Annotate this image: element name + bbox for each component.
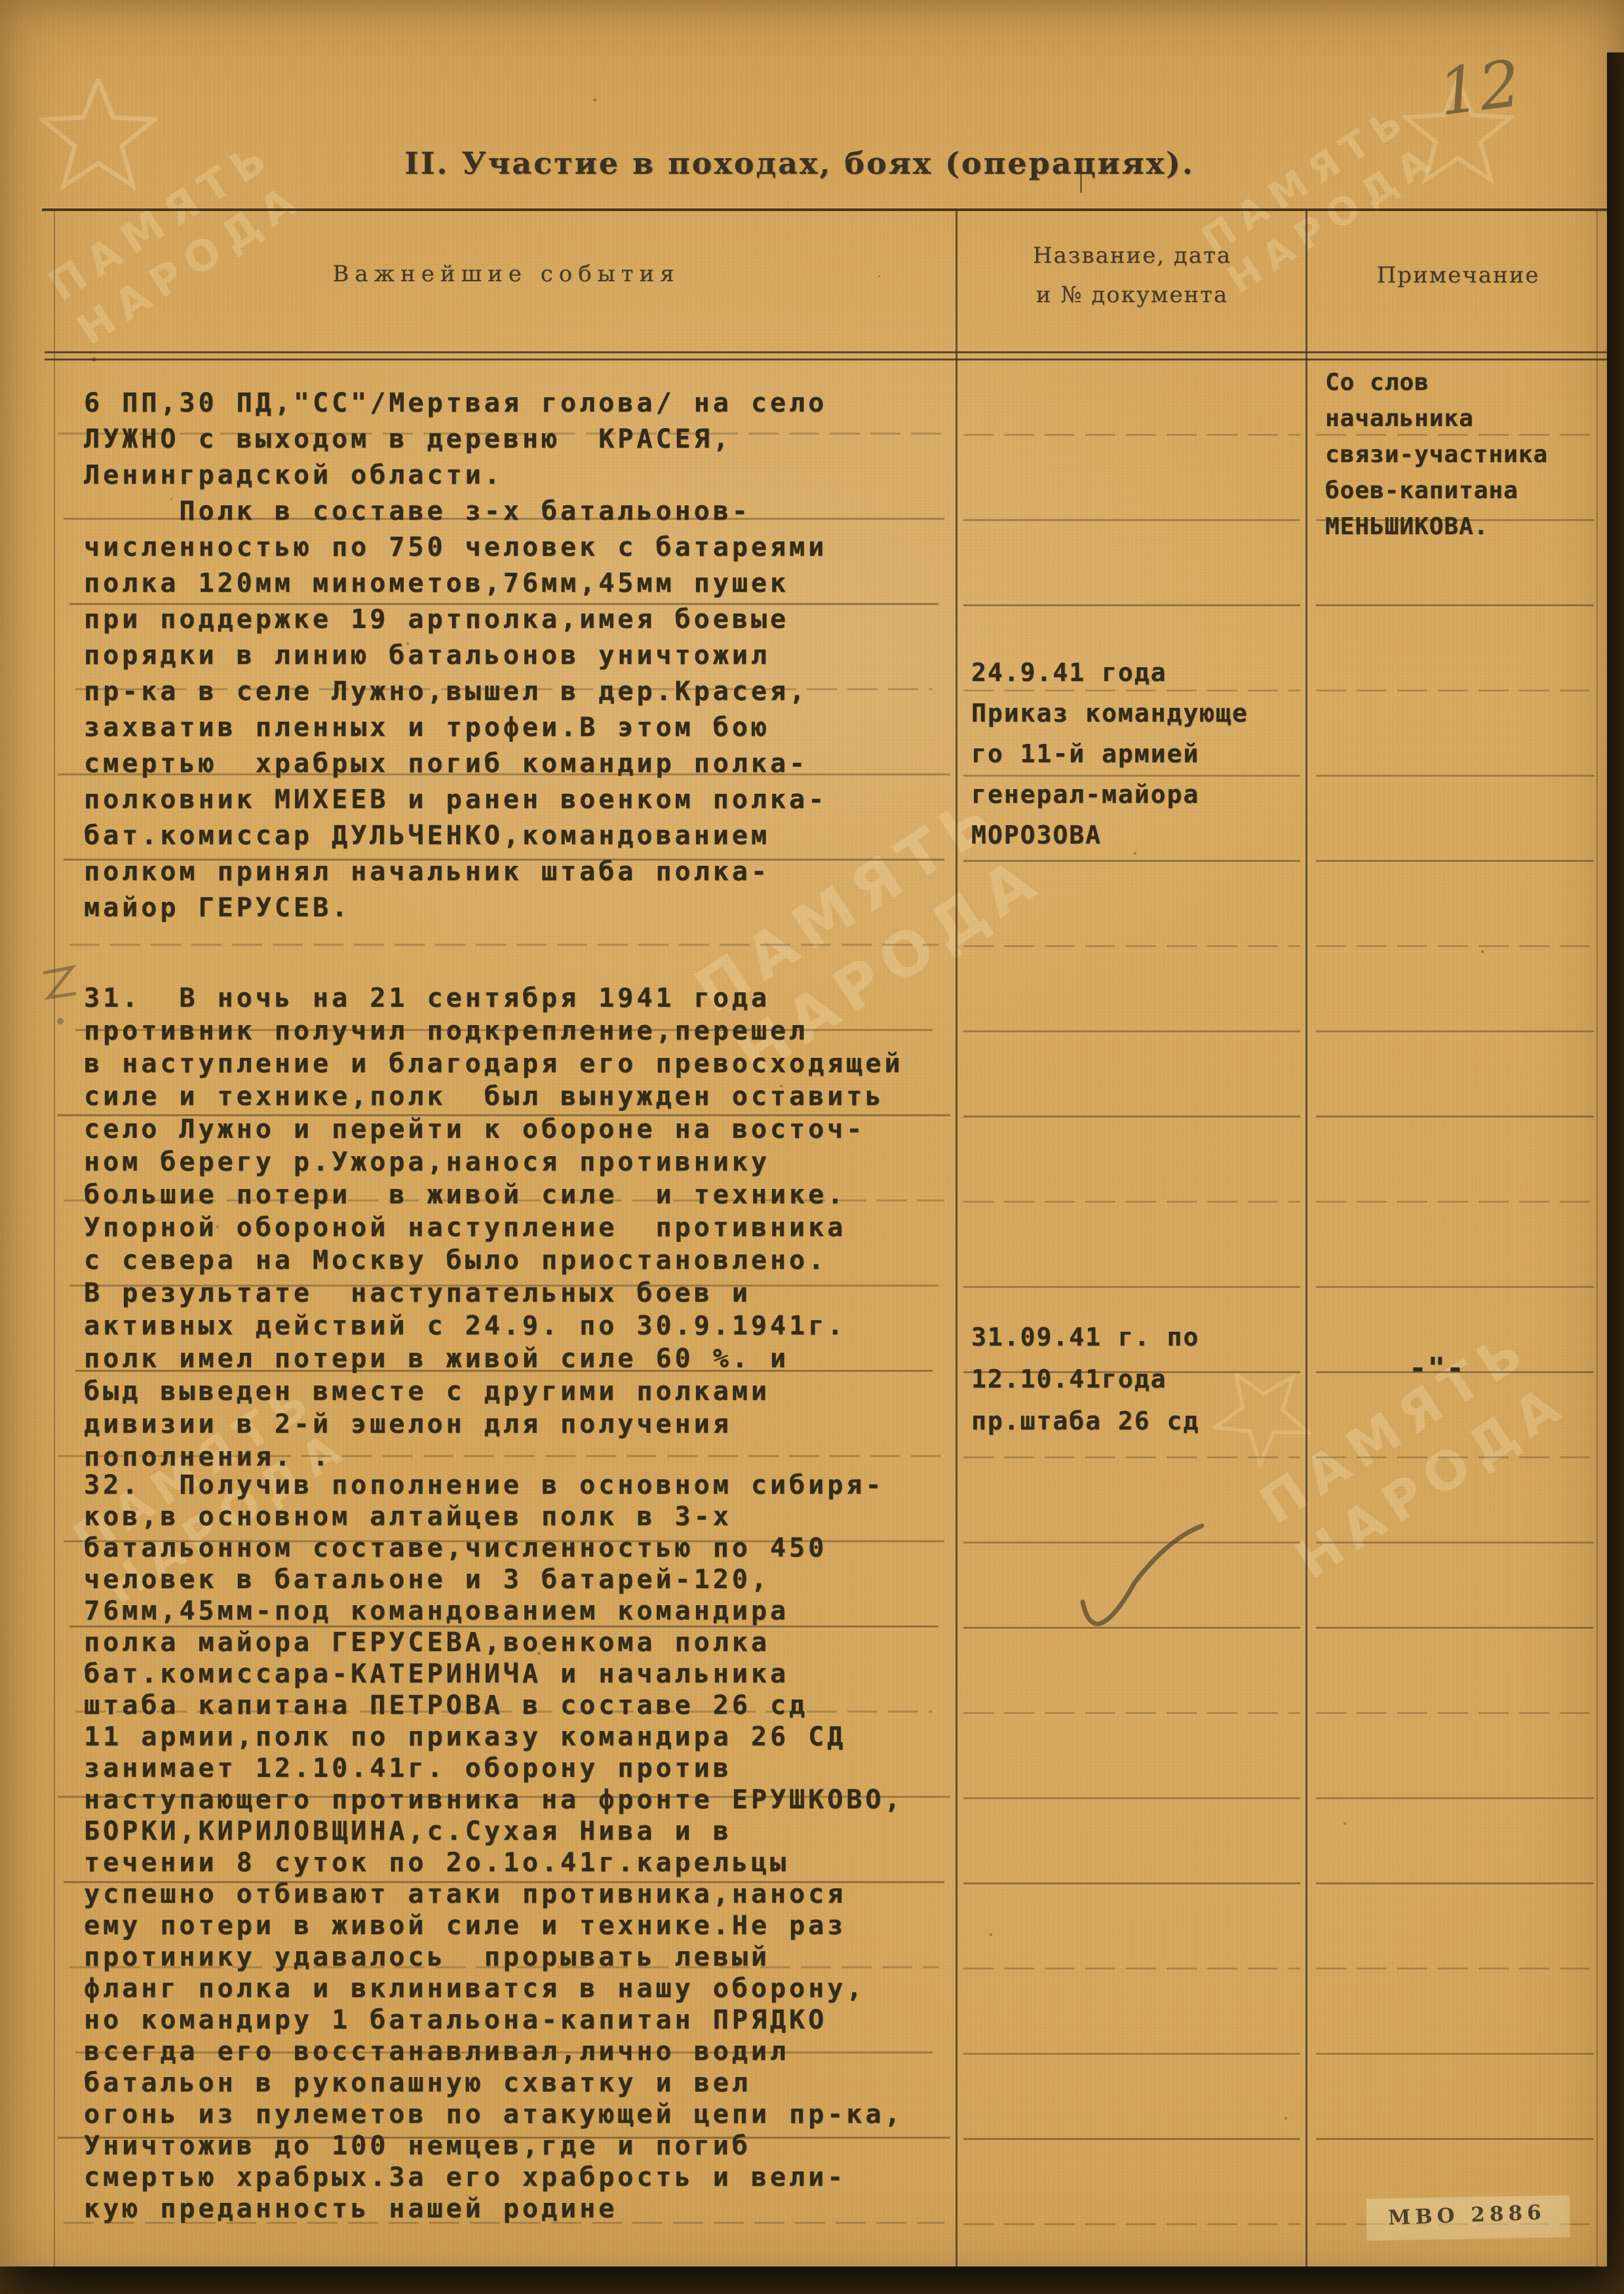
text-line: полка 120мм минометов,76мм,45мм пушек <box>84 566 827 602</box>
text-line: МОРОЗОВА <box>971 815 1248 855</box>
text-line: ему потери в живой силе и технике.Не раз <box>84 1910 904 1941</box>
ruled-line <box>1316 1712 1594 1714</box>
watermark-text: НАРОДА <box>1284 1369 1579 1593</box>
text-line: в наступление и благодаря его превосходя… <box>84 1047 904 1080</box>
paper-speck <box>1481 950 1484 953</box>
ruled-line <box>1316 690 1594 691</box>
text-line: быд выведен вместе с другими полками <box>84 1375 904 1408</box>
text-line: смертью храбрых.За его храбрость и вели- <box>84 2162 904 2193</box>
text-line: БОРКИ,КИРИЛОВЩИНА,с.Сухая Нива и в <box>84 1816 904 1847</box>
text-line: батальонном составе,численностью по 450 <box>84 1532 904 1564</box>
text-line: го 11-й армией <box>971 733 1248 774</box>
text-line: Ленинградской области. <box>84 457 827 494</box>
table-top-border <box>42 208 1610 211</box>
text-line: Со слов <box>1325 364 1548 400</box>
text-line: активных действий с 24.9. по 30.9.1941г. <box>84 1310 904 1342</box>
entry-31-document-text: 31.09.41 г. по12.10.41годапр.штаба 26 сд <box>971 1316 1199 1442</box>
text-line: ЛУЖНО с выходом в деревню КРАСЕЯ, <box>84 421 827 457</box>
text-line: генерал-майора <box>971 774 1248 815</box>
text-line: смертью храбрых погиб командир полка- <box>84 746 827 782</box>
text-line: дивизии в 2-й эшелон для получения <box>84 1408 904 1441</box>
ruled-line <box>963 519 1300 521</box>
paper-speck <box>406 642 409 645</box>
entry-31-note-ditto: -"- <box>1409 1351 1465 1385</box>
ruled-line <box>1316 1542 1594 1544</box>
ruled-line <box>1316 775 1594 777</box>
ruled-line <box>1316 2053 1594 2055</box>
text-line: ном берегу р.Ужора,нанося противнику <box>84 1146 904 1178</box>
entry-31-events-text: 31. В ночь на 21 сентября 1941 годапроти… <box>84 982 904 1473</box>
text-line: при поддержке 19 артполка,имея боевые <box>84 602 827 638</box>
text-line: противник получил подкрепление,перешел <box>84 1015 904 1047</box>
column-header-document: Название, датаи № документа <box>960 236 1304 315</box>
text-line: Приказ командующе <box>971 693 1248 733</box>
ruled-line <box>963 1882 1300 1884</box>
text-line: 11 армии,полк по приказу командира 26 СД <box>84 1721 904 1753</box>
text-line: 12.10.41года <box>971 1358 1199 1400</box>
text-line: полк имел потери в живой силе 60 %. и <box>84 1342 904 1375</box>
text-line: пополнения. . <box>84 1441 904 1473</box>
ruled-line <box>1316 1797 1594 1799</box>
paper-speck <box>878 275 880 277</box>
text-line: Название, дата <box>960 236 1304 275</box>
text-line: полка майора ГЕРУСЕВА,военкома полка <box>84 1627 904 1658</box>
scan-edge-right <box>1607 52 1624 2294</box>
ruled-line <box>1316 945 1594 947</box>
ruled-line <box>1316 1627 1594 1629</box>
text-line: бат.комиссар ДУЛЬЧЕНКО,командованием <box>84 818 827 854</box>
ruled-line <box>1316 1201 1594 1203</box>
text-line: штаба капитана ПЕТРОВА в составе 26 сд <box>84 1690 904 1721</box>
ruled-line <box>1316 1286 1594 1288</box>
paper-speck <box>1134 852 1136 855</box>
ruled-line <box>963 1712 1300 1714</box>
ruled-line <box>963 2223 1300 2225</box>
paper-speck <box>216 1226 219 1228</box>
text-line: 6 ПП,30 ПД,"СС"/Мертвая голова/ на село <box>84 385 827 421</box>
text-line: В результате наступательных боев и <box>84 1277 904 1310</box>
ruled-line <box>1316 1882 1594 1884</box>
ruled-line <box>963 2138 1300 2140</box>
text-line: численностью по 750 человек с батареями <box>84 530 827 566</box>
text-line: Уничтожив до 100 немцев,где и погиб <box>84 2130 904 2162</box>
text-line: но командиру 1 батальона-капитан ПРЯДКО <box>84 2004 904 2036</box>
text-line: пр-ка в селе Лужно,вышел в дер.Красея, <box>84 674 827 710</box>
text-line: порядки в линию батальонов уничтожил <box>84 638 827 674</box>
header-separator-line <box>45 359 1607 360</box>
column-divider-events-document <box>956 208 957 2266</box>
column-header-note: Примечание <box>1321 262 1596 288</box>
text-line: и № документа <box>960 275 1304 315</box>
ruled-line <box>69 944 938 946</box>
paper-speck <box>1344 1822 1346 1825</box>
entry-1-note-text: Со словначальникасвязи-участникабоев-кап… <box>1325 364 1548 545</box>
text-line: связи-участника <box>1325 437 1548 473</box>
ruled-line <box>1316 1968 1594 1970</box>
paper-speck <box>1380 459 1383 462</box>
text-line: батальон в рукопашную схватку и вел <box>84 2067 904 2099</box>
ruled-line <box>963 860 1300 862</box>
text-line: всегда его восстанавливал,лично водил <box>84 2036 904 2067</box>
text-line: боев-капитана <box>1325 473 1548 509</box>
ruled-line <box>963 945 1300 947</box>
text-line: большие потери в живой силе и технике. <box>84 1178 904 1211</box>
ruled-line <box>1316 604 1594 606</box>
handwritten-page-number: 12 <box>1435 47 1525 130</box>
text-line: пр.штаба 26 сд <box>971 1400 1199 1442</box>
document-page: ПАМЯТЬ НАРОДА ПАМЯТЬ НАРОДА ПАМЯТЬ НАРОД… <box>0 0 1624 2294</box>
ruled-line <box>963 604 1300 606</box>
text-line: -"- <box>1409 1351 1465 1385</box>
text-line: 31.09.41 г. по <box>971 1316 1199 1358</box>
ruled-line <box>963 1116 1300 1118</box>
ruled-line <box>963 1968 1300 1970</box>
text-line: Полк в составе з-х батальонов- <box>84 494 827 530</box>
text-line: 31. В ночь на 21 сентября 1941 года <box>84 982 904 1015</box>
paper-speck <box>315 2045 318 2048</box>
star-watermark-icon <box>39 79 157 190</box>
column-divider-document-note <box>1305 208 1307 2266</box>
scan-edge-bottom <box>0 2266 1624 2294</box>
column-header-events: Важнейшие события <box>59 261 954 287</box>
ruled-line <box>963 1456 1300 1458</box>
text-line: человек в батальоне и 3 батарей-120, <box>84 1564 904 1595</box>
ruled-line <box>1316 1030 1594 1032</box>
paper-speck <box>92 357 96 362</box>
table-left-border <box>54 208 55 2266</box>
text-line: 32. Получив пополнение в основном сибиря… <box>84 1469 904 1501</box>
paper-speck <box>593 98 596 102</box>
text-line: протинику удавалось прорывать левый <box>84 1941 904 1973</box>
watermark-text: ПАМЯТЬ <box>1248 1314 1544 1538</box>
text-line: огонь из пулеметов по атакующей цепи пр-… <box>84 2099 904 2130</box>
entry-1-document-text: 24.9.41 годаПриказ командующего 11-й арм… <box>971 652 1248 855</box>
paper-speck <box>537 1652 541 1655</box>
pencil-margin-scribble <box>38 961 90 1040</box>
ruled-line <box>1316 860 1594 862</box>
text-line: течении 8 суток по 2о.1о.41г.карельцы <box>84 1847 904 1878</box>
text-line: кую преданность нашей родине <box>84 2193 904 2225</box>
text-line: полком принял начальник штаба полка- <box>84 854 827 890</box>
section-title: II. Участие в походах, боях (операциях). <box>275 146 1324 181</box>
text-line: фланг полка и вклиниватся в нашу оборону… <box>84 1973 904 2004</box>
ruled-line <box>1316 1456 1594 1458</box>
text-line: занимает 12.10.41г. оборону против <box>84 1753 904 1784</box>
text-line: 24.9.41 года <box>971 652 1248 693</box>
ruled-line <box>963 1286 1300 1288</box>
text-line: наступающего противника на фронте ЕРУШКО… <box>84 1784 904 1816</box>
text-line: начальника <box>1325 400 1548 437</box>
text-line: с севера на Москву было приостановлено. <box>84 1244 904 1277</box>
text-line: ков,в основном алтайцев полк в 3-х <box>84 1501 904 1532</box>
ruled-line <box>963 1201 1300 1203</box>
paper-speck <box>1285 2117 1287 2120</box>
ruled-line <box>963 2053 1300 2055</box>
text-line: 76мм,45мм-под командованием командира <box>84 1595 904 1627</box>
text-line: майор ГЕРУСЕВ. <box>84 890 827 926</box>
text-line: успешно отбивают атаки противника,нанося <box>84 1878 904 1910</box>
pencil-checkmark-annotation <box>1063 1519 1214 1637</box>
ruled-line <box>963 1797 1300 1799</box>
ruled-line <box>963 1030 1300 1032</box>
paper-speck <box>170 498 172 500</box>
pencil-tick-mark <box>1080 165 1082 193</box>
text-line: бат.комиссара-КАТЕРИНИЧА и начальника <box>84 1658 904 1690</box>
header-separator-line <box>45 351 1607 353</box>
pamyat-naroda-watermark: ПАМЯТЬ НАРОДА <box>39 79 298 374</box>
ruled-line <box>1316 1116 1594 1118</box>
paper-speck <box>990 1934 992 1936</box>
ruled-line <box>1316 2138 1594 2140</box>
text-line: захватив пленных и трофеи.В этом бою <box>84 710 827 746</box>
entry-1-events-text: 6 ПП,30 ПД,"СС"/Мертвая голова/ на селоЛ… <box>84 385 827 926</box>
text-line: село Лужно и перейти к обороне на восточ… <box>84 1113 904 1146</box>
entry-32-events-text: 32. Получив пополнение в основном сибиря… <box>84 1469 904 2225</box>
text-line: полковник МИХЕЕВ и ранен военком полка- <box>84 782 827 818</box>
text-line: Упорной обороной наступление противника <box>84 1211 904 1244</box>
paper-speck <box>780 1085 783 1087</box>
table-right-border <box>1596 208 1598 2266</box>
ruled-line <box>963 434 1300 436</box>
text-line: МЕНЬШИКОВА. <box>1325 509 1548 545</box>
